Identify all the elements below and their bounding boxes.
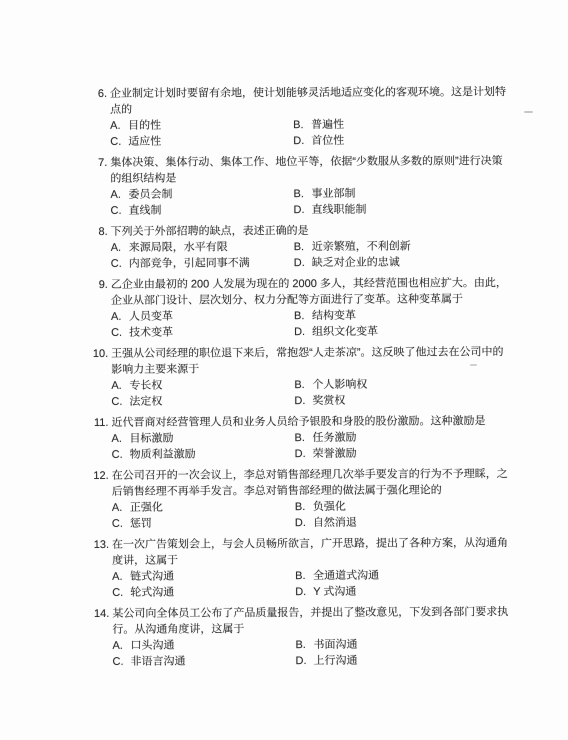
option-b: B. 结构变革 [294,307,511,324]
option-b: B. 个人影响权 [294,376,511,393]
option-d: D. 自然消退 [295,514,512,531]
option-letter: A. [110,118,128,134]
option-text: 目的性 [128,118,161,134]
option-text: 内部竞争，引起同事不满 [129,255,250,272]
option-letter: C. [110,134,128,150]
question-text: 在一次广告策划会上，与会人员畅所欲言，广开思路，提出了各种方案，从沟通角度讲，这… [112,535,512,569]
option-letter: D. [294,255,312,271]
option-text: 缺乏对企业的忠诚 [312,255,400,271]
option-a: A. 正强化 [112,499,295,516]
option-c: C. 内部竞争，引起同事不满 [111,255,294,272]
option-letter: A. [110,187,128,203]
option-text: Y 式沟通 [313,584,356,600]
option-d: D. 荣誉激励 [295,445,512,462]
option-a: A. 来源局限，水平有限 [111,239,294,256]
option-letter: B. [295,568,313,584]
question-13: 13. 在一次广告策划会上，与会人员畅所欲言，广开思路，提出了各种方案，从沟通角… [88,535,512,601]
option-letter: A. [111,309,129,325]
question-7: 7. 集体决策、集体行动、集体工作、地位平等，依据“少数服从多数的原则”进行决策… [86,153,510,219]
question-text: 某公司向全体员工公布了产品质量报告，并提出了整改意见，下发到各部门要求执行。从沟… [112,604,512,638]
option-d: D. 直线职能制 [294,201,511,218]
question-number: 8. [87,224,108,240]
option-text: 来源局限，水平有限 [129,239,228,255]
option-text: 人员变革 [129,309,173,325]
option-c: C. 法定权 [111,393,294,410]
option-text: 专长权 [129,378,162,394]
option-text: 首位性 [311,133,344,149]
option-letter: B. [295,430,313,446]
option-a: A. 专长权 [111,377,294,394]
question-number: 7. [86,155,107,171]
scan-artifact-dash [524,111,533,113]
option-text: 法定权 [129,394,162,410]
option-c: C. 直线制 [111,202,294,219]
option-d: D. Y 式沟通 [295,583,512,600]
option-a: A. 目的性 [110,117,293,134]
question-number: 13. [88,537,109,553]
option-letter: B. [295,499,313,515]
option-text: 轮式沟通 [130,585,174,601]
option-letter: C. [111,256,129,272]
option-text: 近亲繁殖，不利创新 [312,239,411,255]
option-c: C. 物质利益激励 [112,446,295,463]
option-letter: A. [112,638,130,654]
option-letter: C. [111,394,129,410]
question-6: 6. 企业制定计划时要留有余地，使计划能够灵活地适应变化的客观环境。这是计划特点… [86,84,510,150]
option-a: A. 人员变革 [111,308,294,325]
option-text: 口头沟通 [130,638,174,654]
option-letter: C. [111,203,129,219]
question-14: 14. 某公司向全体员工公布了产品质量报告，并提出了整改意见，下发到各部门要求执… [88,604,512,670]
option-text: 目标激励 [130,431,174,447]
question-8: 8. 下列关于外部招聘的缺点，表述正确的是 A. 来源局限，水平有限 B. 近亲… [87,222,511,272]
option-letter: B. [293,117,311,133]
option-text: 链式沟通 [130,569,174,585]
option-letter: A. [112,569,130,585]
option-letter: C. [112,585,130,601]
option-b: B. 负强化 [295,498,512,515]
question-9: 9. 乙企业由最初的 200 人发展为现在的 2000 多人，其经营范围也相应扩… [87,275,511,341]
option-letter: D. [294,393,312,409]
option-b: B. 事业部制 [293,185,510,202]
option-letter: B. [294,377,312,393]
question-text: 集体决策、集体行动、集体工作、地位平等，依据“少数服从多数的原则”进行决策的组织… [110,153,510,187]
question-text: 在公司召开的一次会议上，李总对销售部经理几次举手要发言的行为不予理睬，之后销售经… [112,466,512,500]
option-c: C. 非语言沟通 [112,653,295,670]
option-a: A. 口头沟通 [112,637,295,654]
option-d: D. 奖赏权 [294,392,511,409]
option-letter: B. [295,637,313,653]
question-11: 11. 近代晋商对经营管理人员和业务人员给予银股和身股的股份激励。这种激励是 A… [87,413,511,463]
option-letter: C. [112,447,130,463]
option-text: 直线制 [129,203,162,219]
option-text: 全通道式沟通 [313,568,379,584]
option-d: D. 缺乏对企业的忠诚 [294,254,511,271]
question-text: 企业制定计划时要留有余地，使计划能够灵活地适应变化的客观环境。这是计划特点的 [110,84,510,118]
option-text: 委员会制 [128,187,172,203]
option-text: 自然消退 [313,515,357,531]
option-letter: C. [112,654,130,670]
question-text: 乙企业由最初的 200 人发展为现在的 2000 多人，其经营范围也相应扩大。由… [111,275,511,309]
question-list: 6. 企业制定计划时要留有余地，使计划能够灵活地适应变化的客观环境。这是计划特点… [86,84,513,675]
option-letter: D. [294,324,312,340]
option-text: 奖赏权 [312,393,345,409]
option-b: B. 书面沟通 [295,636,512,653]
question-number: 11. [87,415,108,431]
option-letter: A. [111,240,129,256]
option-letter: C. [112,516,130,532]
option-letter: D. [295,515,313,531]
option-text: 书面沟通 [313,637,357,653]
option-text: 个人影响权 [312,377,367,393]
option-b: B. 全通道式沟通 [295,567,512,584]
option-c: C. 轮式沟通 [112,584,295,601]
question-number: 6. [86,86,107,102]
option-letter: D. [294,202,312,218]
option-letter: D. [295,446,313,462]
option-text: 直线职能制 [312,202,367,218]
option-letter: D. [295,584,313,600]
option-text: 荣誉激励 [313,446,357,462]
option-a: A. 委员会制 [110,186,293,203]
option-text: 结构变革 [312,308,356,324]
option-text: 上行沟通 [313,653,357,669]
option-a: A. 目标激励 [112,430,295,447]
option-d: D. 组织文化变革 [294,323,511,340]
question-12: 12. 在公司召开的一次会议上，李总对销售部经理几次举手要发言的行为不予理睬，之… [88,466,512,532]
question-number: 12. [88,468,109,484]
option-text: 事业部制 [311,186,355,202]
option-text: 负强化 [313,499,346,515]
option-text: 正强化 [130,500,163,516]
option-text: 任务激励 [313,430,357,446]
option-letter: A. [111,378,129,394]
option-text: 适应性 [128,134,161,150]
option-d: D. 上行沟通 [295,652,512,669]
option-letter: D. [293,133,311,149]
option-letter: A. [112,431,130,447]
option-d: D. 首位性 [293,132,510,149]
question-number: 10. [87,346,108,362]
option-c: C. 适应性 [110,133,293,150]
option-letter: C. [111,325,129,341]
question-number: 9. [87,277,108,293]
option-letter: D. [295,653,313,669]
option-c: C. 技术变革 [111,324,294,341]
question-text: 王强从公司经理的职位退下来后，常抱怨“人走茶凉”。这反映了他过去在公司中的影响力… [111,344,511,378]
option-b: B. 普遍性 [293,116,510,133]
option-text: 惩罚 [130,516,152,532]
option-text: 技术变革 [129,325,173,341]
question-10: 10. 王强从公司经理的职位退下来后，常抱怨“人走茶凉”。这反映了他过去在公司中… [87,344,511,410]
option-letter: B. [293,186,311,202]
option-letter: B. [294,239,312,255]
option-text: 非语言沟通 [130,654,185,670]
option-letter: B. [294,308,312,324]
option-letter: A. [112,500,130,516]
option-text: 组织文化变革 [312,324,378,340]
question-text: 近代晋商对经营管理人员和业务人员给予银股和身股的股份激励。这种激励是 [111,413,511,431]
option-a: A. 链式沟通 [112,568,295,585]
question-text: 下列关于外部招聘的缺点，表述正确的是 [111,222,511,240]
option-b: B. 任务激励 [295,429,512,446]
question-number: 14. [88,606,109,622]
option-b: B. 近亲繁殖，不利创新 [294,238,511,255]
option-c: C. 惩罚 [112,515,295,532]
exam-page: 6. 企业制定计划时要留有余地，使计划能够灵活地适应变化的客观环境。这是计划特点… [0,0,568,740]
option-text: 物质利益激励 [130,447,196,463]
option-text: 普遍性 [311,117,344,133]
